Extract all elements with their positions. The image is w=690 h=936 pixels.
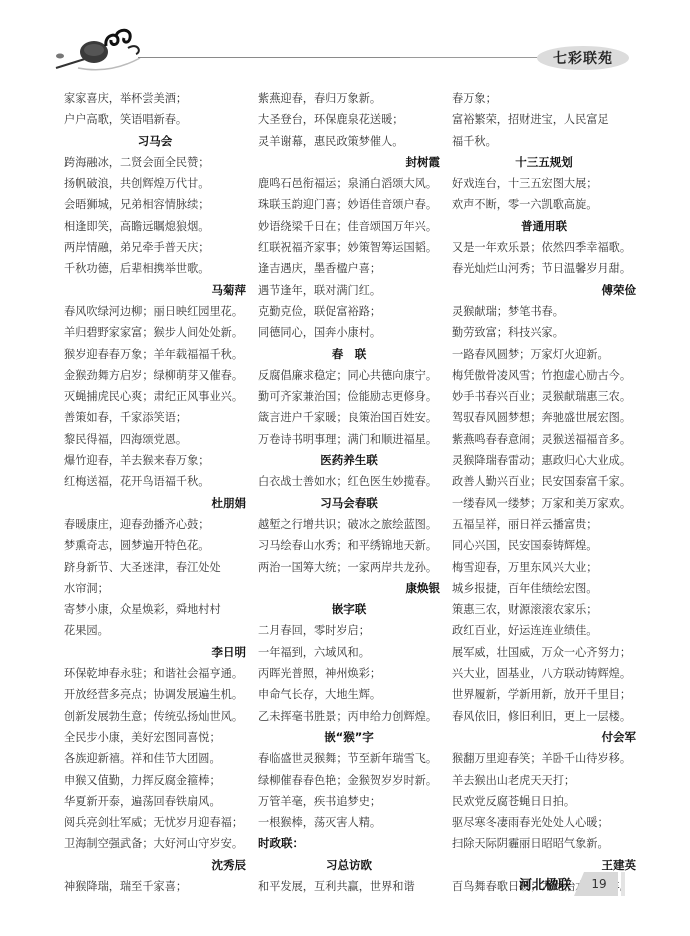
couplet-line: 民欢党反腐苍蝇日日拍。 — [452, 791, 636, 812]
page-footer: 河北楹联 19 — [0, 868, 690, 898]
couplet-line: 申猴又值勤，力挥反腐金箍棒； — [64, 770, 246, 791]
couplet-line: 猴岁迎春春万象；羊年载福福千秋。 — [64, 344, 246, 365]
couplet-line: 寄梦小康，众星焕彩，舜地村村 — [64, 599, 246, 620]
couplet-line: 珠联玉韵迎门喜；妙语佳音颂户春。 — [258, 194, 440, 215]
couplet-line: 梅凭傲骨凌风雪；竹抱虚心励古今。 — [452, 365, 636, 386]
couplet-line: 跨海融冰，二贤会面全民赞； — [64, 152, 246, 173]
couplet-line: 梦熏奇志，圆梦遍开特色花。 — [64, 535, 246, 556]
couplet-line: 善策如春，千家添笑语； — [64, 407, 246, 428]
couplet-line: 万卷诗书明事理；满门和顺进福星。 — [258, 429, 440, 450]
couplet-line: 策惠三农，财源滚滚农家乐； — [452, 599, 636, 620]
couplet-line: 春风吹绿河边柳；丽日映红园里花。 — [64, 301, 246, 322]
couplet-line: 又是一年欢乐景；依然四季幸福歌。 — [452, 237, 636, 258]
page-edge-divider — [621, 872, 625, 896]
couplet-line: 紫燕迎春，春归万象新。 — [258, 88, 440, 109]
couplet-line: 春风依旧，修旧利旧，更上一层楼。 — [452, 706, 636, 727]
couplet-line: 花果园。 — [64, 620, 246, 641]
page-number: 19 — [574, 872, 618, 896]
couplet-line: 政善人勤兴百业；民安国泰富千家。 — [452, 471, 636, 492]
couplet-line: 千秋功德，后辈相携举世歌。 — [64, 258, 246, 279]
couplet-line: 羊归碧野家家富；猴步人间处处新。 — [64, 322, 246, 343]
couplet-line: 各族迎新禧。祥和佳节大团圆。 — [64, 748, 246, 769]
couplet-line: 春光灿烂山河秀；节日温馨岁月甜。 — [452, 258, 636, 279]
couplet-line: 欢声不断，零一六凯歌高旋。 — [452, 194, 636, 215]
couplet-line: 灵猴献瑞；梦笔书春。 — [452, 301, 636, 322]
couplet-line: 春暖康庄，迎春劲播齐心鼓； — [64, 514, 246, 535]
author-name: 杜朋娟 — [64, 493, 246, 514]
couplet-line: 红梅送福，花开鸟语福千秋。 — [64, 471, 246, 492]
couplet-line: 梅雪迎春，万里东风兴大业； — [452, 557, 636, 578]
couplet-line: 政红百业，好运连连业绩佳。 — [452, 620, 636, 641]
couplet-line: 克勤克俭，联促富裕路； — [258, 301, 440, 322]
couplet-line: 灵羊谢幕，惠民政策梦催人。 — [258, 131, 440, 152]
couplet-line: 同心兴国，民安国泰铸辉煌。 — [452, 535, 636, 556]
couplet-line: 驾驭春风圆梦想；奔驰盛世展宏图。 — [452, 407, 636, 428]
couplet-title: 普通用联 — [452, 216, 636, 237]
couplet-line: 富裕繁荣，招财进宝，人民富足 — [452, 109, 636, 130]
column-2: 紫燕迎春，春归万象新。大圣登台，环保鹿泉花送暖；灵羊谢幕，惠民政策梦催人。封树霞… — [258, 88, 440, 897]
couplet-line: 反腐倡廉求稳定；同心共德向康宁。 — [258, 365, 440, 386]
couplet-line: 城乡报捷，百年佳绩绘宏图。 — [452, 578, 636, 599]
couplet-line: 展军威，壮国威，万众一心齐努力； — [452, 642, 636, 663]
couplet-line: 环保乾坤春永驻；和谐社会福亨通。 — [64, 663, 246, 684]
couplet-line: 户户高歌，笑语唱新春。 — [64, 109, 246, 130]
author-name: 付会军 — [452, 727, 636, 748]
journal-name: 河北楹联 — [519, 874, 571, 893]
couplet-line: 春万象； — [452, 88, 636, 109]
couplet-line: 万管羊毫，疾书追梦史； — [258, 791, 440, 812]
couplet-line: 家家喜庆，举杯尝美酒； — [64, 88, 246, 109]
category-label: 时政联： — [258, 833, 440, 854]
couplet-line: 扬帆破浪，共创辉煌万代甘。 — [64, 173, 246, 194]
couplet-line: 箴言进户千家暖；良策治国百姓安。 — [258, 407, 440, 428]
couplet-line: 灵猴降瑞春雷动；惠政归心大业成。 — [452, 450, 636, 471]
couplet-line: 世界履新，学新用新，放开千里目； — [452, 684, 636, 705]
couplet-title: 十三五规划 — [452, 152, 636, 173]
couplet-line: 相逢即笑，高瞻远瞩熄狼烟。 — [64, 216, 246, 237]
couplet-line: 黎民得福，四海颂党恩。 — [64, 429, 246, 450]
header-rule-right — [400, 57, 538, 58]
couplet-line: 红联祝福齐家事；妙策智筹运国韬。 — [258, 237, 440, 258]
couplet-line: 二月春回，零时岁启； — [258, 620, 440, 641]
couplet-line: 五福呈祥，丽日祥云播富贵； — [452, 514, 636, 535]
couplet-line: 勤劳致富；科技兴家。 — [452, 322, 636, 343]
author-name: 封树霞 — [258, 152, 440, 173]
author-name: 马菊萍 — [64, 280, 246, 301]
couplet-line: 好戏连台，十三五宏图大展； — [452, 173, 636, 194]
couplet-line: 灭蝇捕虎民心爽；肃纪正风事业兴。 — [64, 386, 246, 407]
couplet-line: 白衣战士善如水；红色医生妙揽春。 — [258, 471, 440, 492]
couplet-line: 一路春风圆梦；万家灯火迎新。 — [452, 344, 636, 365]
couplet-line: 遇节逢年，联对满门红。 — [258, 280, 440, 301]
couplet-line: 两岸情融，弟兄牵手普天庆； — [64, 237, 246, 258]
couplet-line: 金猴劲舞方启岁；绿柳萌芽又催春。 — [64, 365, 246, 386]
couplet-line: 一年福到，六域风和。 — [258, 642, 440, 663]
couplet-line: 丙晖光普照，神州焕彩； — [258, 663, 440, 684]
couplet-title: 嵌“猴”字 — [258, 727, 440, 748]
header-rule — [138, 57, 400, 58]
section-tab: 七彩联苑 — [537, 46, 629, 70]
couplet-title: 医药养生联 — [258, 450, 440, 471]
couplet-line: 一缕春风一缕梦；万家和美万家欢。 — [452, 493, 636, 514]
couplet-title: 春 联 — [258, 344, 440, 365]
couplet-line: 妙语绕梁千日在；佳音颂国万年兴。 — [258, 216, 440, 237]
couplet-line: 开放经营多亮点；协调发展遍生机。 — [64, 684, 246, 705]
couplet-line: 春临盛世灵猴舞；节至新年瑞雪飞。 — [258, 748, 440, 769]
couplet-line: 习马绘春山水秀；和平绣锦地天新。 — [258, 535, 440, 556]
couplet-title: 习马会春联 — [258, 493, 440, 514]
column-3: 春万象；富裕繁荣，招财进宝，人民富足福千秋。十三五规划好戏连台，十三五宏图大展；… — [452, 88, 636, 897]
couplet-line: 爆竹迎春，羊去猴来春万象； — [64, 450, 246, 471]
couplet-line: 一根猴棒，荡灭害人精。 — [258, 812, 440, 833]
couplet-line: 全民步小康，美好宏图同喜悦； — [64, 727, 246, 748]
couplet-line: 华夏新开泰，遍荡回春铁扇风。 — [64, 791, 246, 812]
couplet-line: 鹿鸣石邑衔福运；泉涌白滔颂大风。 — [258, 173, 440, 194]
couplet-line: 阅兵亮剑壮军威；无忧岁月迎春福； — [64, 812, 246, 833]
couplet-line: 水帘洞； — [64, 578, 246, 599]
couplet-line: 福千秋。 — [452, 131, 636, 152]
couplet-line: 卫海制空强武备；大好河山守岁安。 — [64, 833, 246, 854]
couplet-line: 猴翻万里迎春笑；羊卧千山待岁移。 — [452, 748, 636, 769]
couplet-line: 创新发展勃生意；传统弘扬灿世风。 — [64, 706, 246, 727]
couplet-line: 申命气长存，大地生辉。 — [258, 684, 440, 705]
couplet-line: 乙未挥毫书胜景；丙申给力创辉煌。 — [258, 706, 440, 727]
couplet-line: 逢吉遇庆，墨香楹户喜； — [258, 258, 440, 279]
column-1: 家家喜庆，举杯尝美酒；户户高歌，笑语唱新春。习马会跨海融冰，二贤会面全民赞；扬帆… — [64, 88, 246, 897]
couplet-line: 兴大业，固基业，八方联动铸辉煌。 — [452, 663, 636, 684]
couplet-line: 扫除天际阴霾丽日昭昭气象新。 — [452, 833, 636, 854]
page-header: 七彩联苑 — [0, 0, 690, 85]
couplet-title: 习马会 — [64, 131, 246, 152]
couplet-line: 两治一国筹大统；一家两岸共龙孙。 — [258, 557, 440, 578]
author-name: 李日明 — [64, 642, 246, 663]
couplet-line: 大圣登台，环保鹿泉花送暖； — [258, 109, 440, 130]
author-name: 傅荣俭 — [452, 280, 636, 301]
couplet-line: 紫燕鸣春春意闹；灵猴送福福音多。 — [452, 429, 636, 450]
couplet-line: 同德同心，国奔小康村。 — [258, 322, 440, 343]
couplet-line: 羊去猴出山老虎天天打； — [452, 770, 636, 791]
couplet-line: 越堑之行增共识；破冰之旅绘蓝图。 — [258, 514, 440, 535]
couplet-line: 驱尽寒冬凄雨春光处处人心暖； — [452, 812, 636, 833]
couplet-line: 妙手书春兴百业；灵猴献瑞惠三农。 — [452, 386, 636, 407]
couplet-title: 嵌字联 — [258, 599, 440, 620]
couplet-line: 勤可齐家兼治国；俭能励志更修身。 — [258, 386, 440, 407]
author-name: 康焕银 — [258, 578, 440, 599]
couplet-line: 跻身新节、大圣迷津，春江处处 — [64, 557, 246, 578]
couplet-line: 会晤狮城，兄弟相容情脉续； — [64, 194, 246, 215]
couplet-line: 绿柳催春春色艳；金猴贺岁岁时新。 — [258, 770, 440, 791]
scroll-cloud-ornament-icon — [48, 28, 148, 78]
